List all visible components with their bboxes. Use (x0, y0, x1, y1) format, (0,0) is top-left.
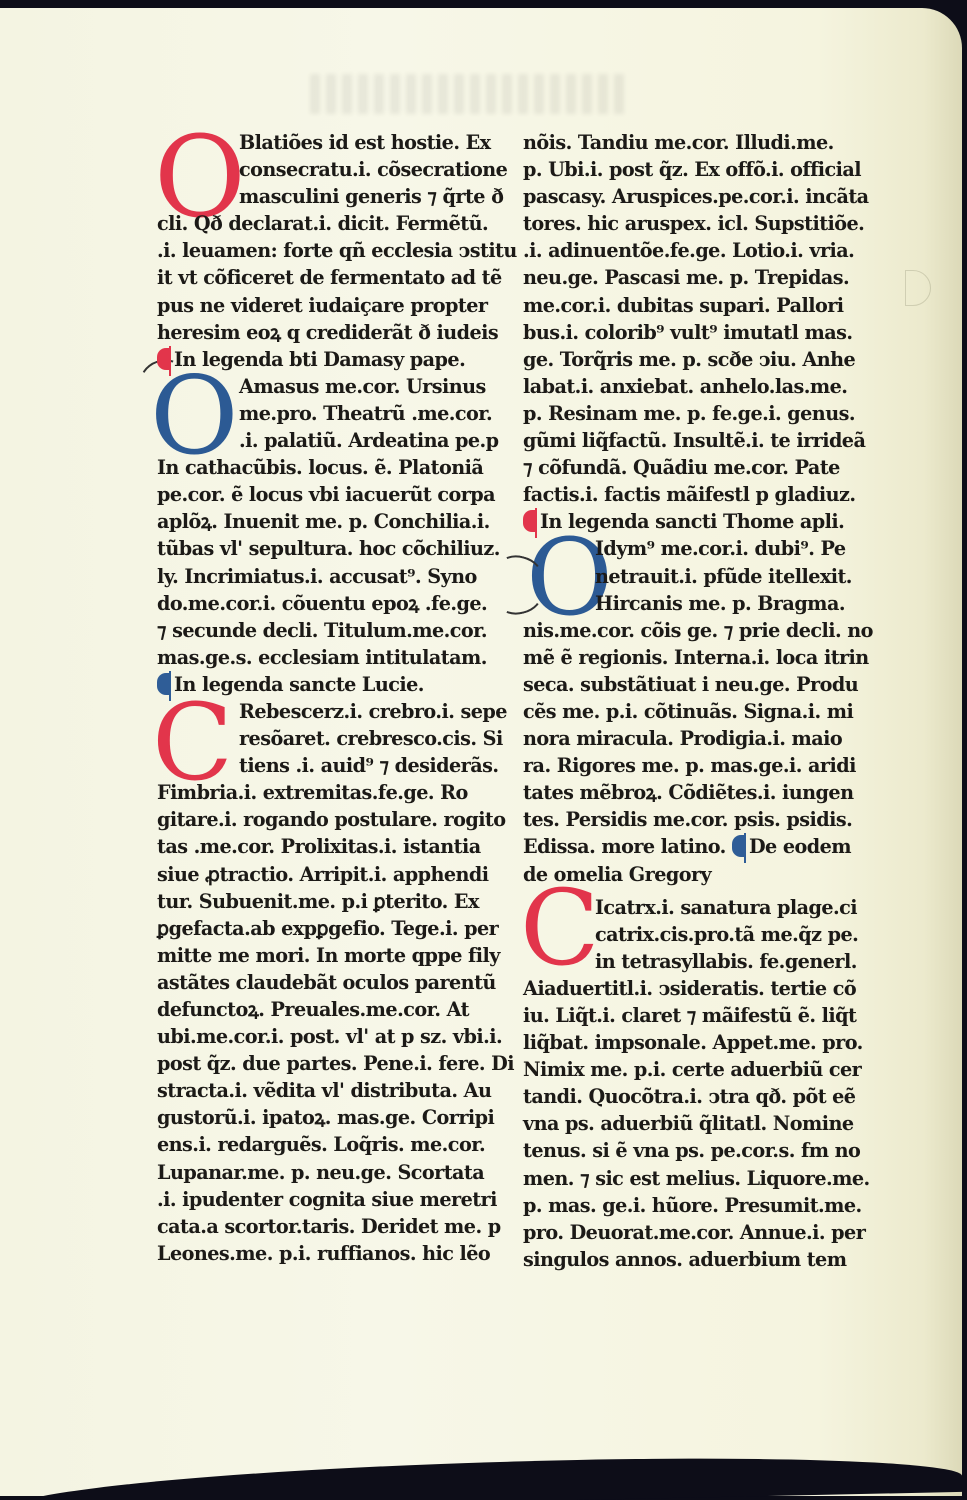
text-line: seca. substãtiuat i neu.ge. Produ (523, 671, 885, 698)
text-line: aplõꝝ. Inuenit me. p. Conchilia.i. (157, 508, 509, 535)
text-line: tenus. si ẽ vna ps. pe.cor.s. fm no (523, 1137, 885, 1164)
text-line: vna ps. aduerbiũ q̃litatl. Nomine (523, 1110, 885, 1137)
text-line: Amasus me.cor. Ursinus (157, 373, 509, 400)
text-line: Hircanis me. p. Bragma. (523, 590, 885, 617)
text-line: pus ne videret iudaiçare propter (157, 292, 509, 319)
text-line: Blatiões id est hostie. Ex (157, 129, 509, 156)
text-line: .i. ipudenter cognita siue meretri (157, 1186, 509, 1213)
text-line: nis.me.cor. cõis ge. ⁊ prie decli. no (523, 617, 885, 644)
text-line: ⁊ cõfundã. Quãdiu me.cor. Pate (523, 454, 885, 481)
text-line: bus.i. colorib⁹ vult⁹ imutatl mas. (523, 319, 885, 346)
text-line: Lupanar.me. p. neu.ge. Scortata (157, 1159, 509, 1186)
text-line: resõaret. crebresco.cis. Si (157, 725, 509, 752)
pilcrow-icon (157, 348, 171, 370)
text-line: tates mẽbroꝝ. Cõdiẽtes.i. iungen (523, 779, 885, 806)
section-heading-damasi: In legenda bti Damasy pape. (157, 346, 509, 373)
text-line: tũbas vl' sepultura. hoc cõchiliuz. (157, 535, 509, 562)
text-line: In cathacũbis. locus. ẽ. Platoniã (157, 454, 509, 481)
section-heading-gregorii-cont: de omelia Gregory (523, 861, 885, 888)
text-line: do.me.cor.i. cõuentu epoꝝ .fe.ge. (157, 590, 509, 617)
text-line: iu. Liq̃t.i. claret ⁊ mãifestũ ẽ. liq̃t (523, 1002, 885, 1029)
text-line: ens.i. redarguẽs. Loq̃ris. me.cor. (157, 1131, 509, 1158)
text-line: .i. palatiũ. Ardeatina pe.p (157, 427, 509, 454)
text-line: ꝑgefacta.ab expꝑgefio. Tege.i. per (157, 915, 509, 942)
text-line: catrix.cis.pro.tã me.q̃z pe. (523, 921, 885, 948)
text-line: netrauit.i. pfũde itellexit. (523, 563, 885, 590)
text-line-with-heading: Edissa. more latino. De eodem (523, 833, 885, 860)
section-heading-lucie: In legenda sancte Lucie. (157, 671, 509, 698)
text-line: ⁊ secunde decli. Titulum.me.cor. (157, 617, 509, 644)
text-line: post q̃z. due partes. Pene.i. fere. Di (157, 1050, 509, 1077)
text-line: mitte me mori. In morte qppe fily (157, 942, 509, 969)
text-line: stracta.i. vẽdita vl' distributa. Au (157, 1077, 509, 1104)
text-line: tur. Subuenit.me. p.i ꝑterito. Ex (157, 888, 509, 915)
right-text-column: nõis. Tandiu me.cor. Illudi.me. p. Ubi.i… (523, 129, 885, 1273)
text-line: .i. leuamen: forte qñ ecclesia ↄstitu (157, 237, 509, 264)
section-heading-thome: In legenda sancti Thome apli. (523, 508, 885, 535)
text-line: Nimix me. p.i. certe aduerbiũ cer (523, 1056, 885, 1083)
text-line: gũmi liq̃factũ. Insultẽ.i. te irrideã (523, 427, 885, 454)
pilcrow-icon (523, 510, 537, 532)
pilcrow-icon (157, 673, 171, 695)
text-line: ly. Incrimiatus.i. accusat⁹. Syno (157, 563, 509, 590)
text-line: factis.i. factis mãifestl p gladiuz. (523, 481, 885, 508)
section-heading-gregorii: De eodem (749, 835, 851, 858)
text-line: pro. Deuorat.me.cor. Annue.i. per (523, 1219, 885, 1246)
text-line: pascasy. Aruspices.pe.cor.i. incãta (523, 183, 885, 210)
text-line: Idym⁹ me.cor.i. dubi⁹. Pe (523, 535, 885, 562)
text-line: mẽ ẽ regionis. Interna.i. loca itrin (523, 644, 885, 671)
text-line: astãtes claudebãt oculos parentũ (157, 969, 509, 996)
text-line: masculini generis ⁊ q̃rte ð (157, 183, 509, 210)
text-line: tiens .i. auid⁹ ⁊ desiderãs. (157, 752, 509, 779)
paper-fold-mark (905, 270, 931, 306)
left-text-column: Blatiões id est hostie. Ex consecratu.i.… (157, 129, 509, 1267)
text-line: heresim eoꝝ q crediderãt ð iudeis (157, 319, 509, 346)
text-line: ra. Rigores me. p. mas.ge.i. aridi (523, 752, 885, 779)
text-line: me.cor.i. dubitas supari. Pallori (523, 292, 885, 319)
text-line: tandi. Quocõtra.i. ↄtra qð. põt eẽ (523, 1083, 885, 1110)
text-line: gitare.i. rogando postulare. rogito (157, 806, 509, 833)
text-line: p. Resinam me. p. fe.ge.i. genus. (523, 400, 885, 427)
text-line: cata.a scortor.taris. Deridet me. p (157, 1213, 509, 1240)
text-line: pe.cor. ẽ locus vbi iacuerũt corpa (157, 481, 509, 508)
text-line: me.pro. Theatrũ .me.cor. (157, 400, 509, 427)
text-line: ge. Torq̃ris me. p. scðe ↄiu. Anhe (523, 346, 885, 373)
text-line: ubi.me.cor.i. post. vl' at p sz. vbi.i. (157, 1023, 509, 1050)
text-line: consecratu.i. cõsecratione (157, 156, 509, 183)
scanned-page: O O C O C Blatiões id est hostie. Ex con… (0, 8, 962, 1496)
text-line: in tetrasyllabis. fe.generl. (523, 948, 885, 975)
text-line: tas .me.cor. Prolixitas.i. istantia (157, 833, 509, 860)
text-line: Leones.me. p.i. ruffianos. hic lẽo (157, 1240, 509, 1267)
text-line: it vt cõficeret de fermentato ad tẽ (157, 264, 509, 291)
text-line: labat.i. anxiebat. anhelo.las.me. (523, 373, 885, 400)
show-through-running-head (310, 74, 630, 114)
text-line: neu.ge. Pascasi me. p. Trepidas. (523, 264, 885, 291)
text-line: tores. hic aruspex. icl. Supstitiõe. (523, 210, 885, 237)
text-line: p. Ubi.i. post q̃z. Ex offõ.i. official (523, 156, 885, 183)
text-line: cli. Qð declarat.i. dicit. Fermẽtũ. (157, 210, 509, 237)
text-line: cẽs me. p.i. cõtinuãs. Signa.i. mi (523, 698, 885, 725)
text-line: p. mas. ge.i. hũore. Presumit.me. (523, 1192, 885, 1219)
text-line: Aiaduertitl.i. ↄsideratis. tertie cõ (523, 975, 885, 1002)
text-line: Fimbria.i. extremitas.fe.ge. Ro (157, 779, 509, 806)
text-line: Rebescerz.i. crebro.i. sepe (157, 698, 509, 725)
text-line: .i. adinuentõe.fe.ge. Lotio.i. vria. (523, 237, 885, 264)
text-line: nõis. Tandiu me.cor. Illudi.me. (523, 129, 885, 156)
text-line: defunctoꝝ. Preuales.me.cor. At (157, 996, 509, 1023)
text-line: singulos annos. aduerbium tem (523, 1246, 885, 1273)
text-line: siue ꝓtractio. Arripit.i. apphendi (157, 861, 509, 888)
text-line: liq̃bat. impsonale. Appet.me. pro. (523, 1029, 885, 1056)
text-line: nora miracula. Prodigia.i. maio (523, 725, 885, 752)
text-line: Icatrx.i. sanatura plage.ci (523, 894, 885, 921)
text-line: men. ⁊ sic est melius. Liquore.me. (523, 1165, 885, 1192)
text-line: gustorũ.i. ipatoꝝ. mas.ge. Corripi (157, 1104, 509, 1131)
text-line: mas.ge.s. ecclesiam intitulatam. (157, 644, 509, 671)
pilcrow-icon (732, 835, 746, 857)
text-line: tes. Persidis me.cor. psis. psidis. (523, 806, 885, 833)
